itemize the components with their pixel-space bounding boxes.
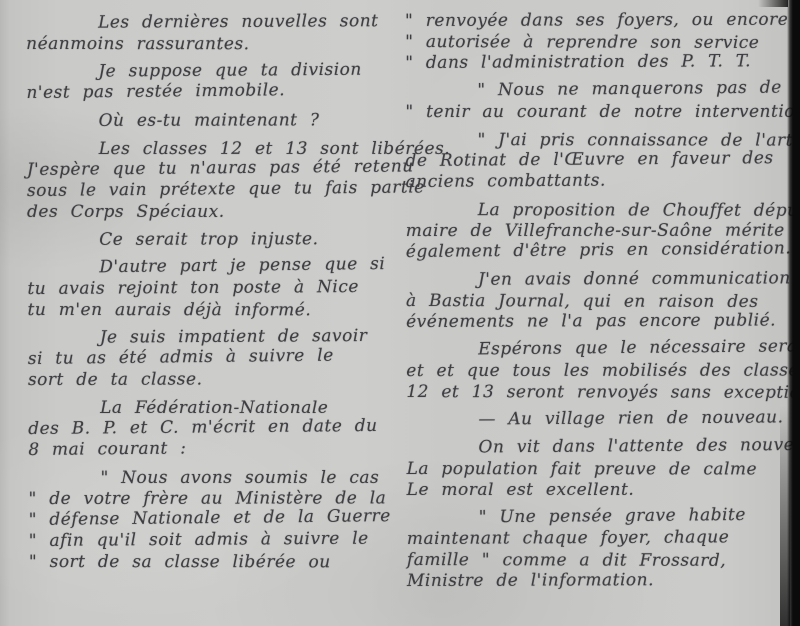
handwritten-line: tu avais rejoint ton poste à Nice <box>27 277 402 300</box>
scan-edge-top-right <box>758 0 788 7</box>
handwritten-line: tu m'en aurais déjà informé. <box>28 300 403 321</box>
paragraph: " Une pensée grave habitemaintenant chaq… <box>407 507 789 592</box>
handwritten-line: 8 mai courant : <box>28 436 403 461</box>
paragraph: On vit dans l'attente des nouvelles.La p… <box>406 437 788 501</box>
paragraph: La proposition de Chouffet députémaire d… <box>406 199 788 263</box>
handwritten-line: également d'être pris en considération. <box>406 238 788 263</box>
handwritten-line: de Rotinat de l'Œuvre en faveur des <box>405 148 787 172</box>
handwritten-line: Où es-tu maintenant ? <box>27 110 402 132</box>
handwritten-line: néanmoins rassurantes. <box>26 34 401 55</box>
handwritten-line: La proposition de Chouffet député <box>406 200 788 222</box>
handwritten-line: La population fait preuve de calme <box>407 459 789 480</box>
letter-page-right: " renvoyée dans ses foyers, ou encore" a… <box>405 10 789 592</box>
handwritten-line: " défense Nationale et de la Guerre <box>29 506 404 531</box>
handwritten-line: Ministre de l'information. <box>407 570 789 592</box>
handwritten-line: anciens combattants. <box>406 169 788 193</box>
paragraph: " J'ai pris connaissance de l'articlede … <box>405 129 787 193</box>
handwritten-line: " renvoyée dans ses foyers, ou encore <box>405 10 787 32</box>
handwritten-line: — Au village rien de nouveau. <box>406 407 788 431</box>
paragraph: Je suppose que ta divisionn'est pas rest… <box>26 60 401 104</box>
handwritten-line: si tu as été admis à suivre le <box>28 345 403 370</box>
handwritten-line: 12 et 13 seront renvoyés sans exception. <box>406 382 788 404</box>
paragraph: Les classes 12 et 13 sont libérées.J'esp… <box>27 137 402 223</box>
letter-page-left: Les dernières nouvelles sontnéanmoins ra… <box>26 11 404 573</box>
handwritten-line: famille " comme a dit Frossard, <box>407 550 789 572</box>
paragraph: " renvoyée dans ses foyers, ou encore" a… <box>405 10 787 74</box>
handwritten-line: et et que tous les mobilisés des classes <box>406 361 788 382</box>
handwritten-line: sous le vain prétexte que tu fais partie <box>27 178 402 202</box>
handwritten-line: Ce serait trop injuste. <box>27 229 402 251</box>
handwritten-line: " dans l'administration des P. T. T. <box>405 51 787 74</box>
paragraph: Où es-tu maintenant ? <box>27 109 402 132</box>
handwritten-line: maintenant chaque foyer, chaque <box>407 527 789 550</box>
handwritten-line: " sort de sa classe libérée ou <box>29 552 404 573</box>
handwritten-line: n'est pas restée immobile. <box>26 79 401 104</box>
paragraph: Les dernières nouvelles sontnéanmoins ra… <box>26 11 401 55</box>
paragraph: Je suis impatient de savoirsi tu as été … <box>28 326 403 391</box>
handwritten-line: événements ne l'a pas encore publié. <box>406 310 788 333</box>
paragraph: J'en avais donné communicationà Bastia J… <box>406 269 788 333</box>
handwritten-line: D'autre part je pense que si <box>27 254 402 279</box>
handwritten-line: " tenir au courant de notre intervention… <box>405 102 787 123</box>
handwritten-line: " Nous avons soumis le cas <box>28 468 403 489</box>
handwritten-line: " afin qu'il soit admis à suivre le <box>29 528 404 552</box>
handwritten-line: Le moral est excellent. <box>407 480 789 501</box>
paragraph: Ce serait trop injuste. <box>27 228 402 251</box>
paragraph: " Nous avons soumis le cas" de votre frè… <box>28 466 404 573</box>
handwritten-line: des Corps Spéciaux. <box>27 202 402 223</box>
handwritten-line: J'en avais donné communication <box>406 268 788 291</box>
handwritten-line: sort de ta classe. <box>28 369 403 391</box>
paragraph: D'autre part je pense que situ avais rej… <box>27 256 402 321</box>
handwritten-line: " Une pensée grave habite <box>407 505 789 529</box>
letter-scan: Les dernières nouvelles sontnéanmoins ra… <box>0 0 800 626</box>
paragraph: La Fédération-Nationaledes B. P. et C. m… <box>28 396 403 461</box>
handwritten-line: Les dernières nouvelles sont <box>26 11 401 34</box>
scan-edge-right-flare <box>780 406 790 626</box>
handwritten-line: " Nous ne manquerons pas de vous <box>405 78 787 102</box>
handwritten-line: Espérons que le nécessaire sera fait <box>406 336 788 361</box>
paragraph: Espérons que le nécessaire sera faitet e… <box>406 339 788 403</box>
paragraph: — Au village rien de nouveau. <box>406 409 788 431</box>
paragraph: " Nous ne manquerons pas de vous" tenir … <box>405 80 787 123</box>
handwritten-line: On vit dans l'attente des nouvelles. <box>406 435 788 459</box>
